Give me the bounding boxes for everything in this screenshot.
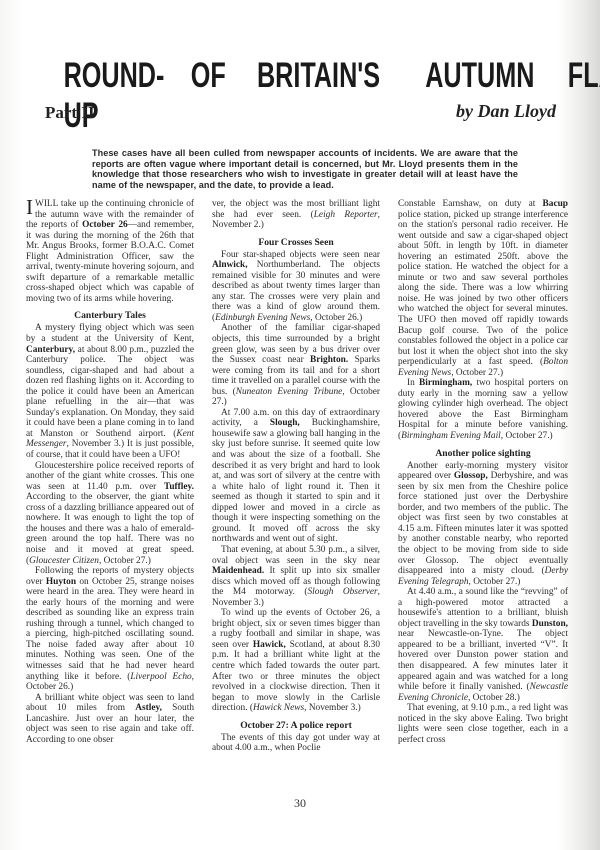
paragraph: Gloucestershire police received re­ports…	[26, 461, 194, 566]
paragraph: That evening, at 9.10 p.m., a red light …	[398, 703, 568, 745]
column-2: ver, the object was the most brilliant l…	[212, 199, 380, 754]
source-citation: Edinburgh Evening News	[215, 313, 310, 323]
title-word: FLAP	[568, 56, 600, 136]
paragraph: Following the reports of mystery objects…	[26, 566, 194, 693]
paragraph: To wind up the events of October 26, a b…	[212, 608, 380, 713]
title-word: AUTUMN	[425, 56, 534, 136]
magazine-page: ROUND-UP OF BRITAIN'S AUTUMN FLAP Part I…	[0, 0, 600, 850]
source-citation: Leigh Reporter	[314, 210, 378, 220]
source-citation: Gloucester Citizen	[29, 556, 99, 566]
paragraph: The events of this day got under way at …	[212, 733, 380, 754]
section-heading: Canterbury Tales	[26, 310, 194, 321]
source-citation: Nuneaton Evening Tribune	[236, 387, 343, 397]
paragraph: That evening, at about 5.30 p.m., a silv…	[212, 545, 380, 608]
paragraph: In Birmingham, two hospital porters on d…	[398, 378, 568, 441]
paragraph: Four star-shaped objects were seen near …	[212, 250, 380, 324]
part-label: Part II	[45, 103, 95, 123]
paragraph: ver, the object was the most brilliant l…	[212, 199, 380, 231]
byline: by Dan Lloyd	[456, 101, 556, 122]
drop-cap: I	[26, 199, 33, 216]
paragraph: At 4.40 a.m., a sound like the “revving”…	[398, 587, 568, 703]
source-citation: Birmingham Evening Mail	[401, 431, 501, 441]
title-word: ROUND-UP	[64, 56, 165, 136]
page-number: 30	[0, 796, 600, 811]
section-heading: Four Crosses Seen	[212, 237, 380, 248]
paragraph: I WILL take up the continuing chronicle …	[26, 199, 194, 304]
paragraph: Constable Earnshaw, on duty at Bacup pol…	[398, 199, 568, 378]
paragraph: Another early-morning mystery visi­tor a…	[398, 461, 568, 588]
section-heading: October 27: A police report	[212, 720, 380, 731]
article-title: ROUND-UP OF BRITAIN'S AUTUMN FLAP	[44, 56, 556, 98]
section-heading: Another police sighting	[398, 448, 568, 459]
paragraph: A mystery flying object which was seen b…	[26, 323, 194, 460]
source-citation: Slough Observer	[307, 587, 377, 597]
intro-standfirst: These cases have all been culled from ne…	[92, 148, 518, 190]
title-word: BRITAIN'S	[257, 56, 380, 136]
title-word: OF	[191, 56, 226, 136]
column-1: I WILL take up the continuing chronicle …	[26, 199, 194, 745]
paragraph: A brilliant white object was seen to lan…	[26, 693, 194, 746]
column-3: Constable Earnshaw, on duty at Bacup pol…	[398, 199, 568, 745]
paragraph: Another of the familiar cigar-shaped obj…	[212, 323, 380, 407]
paragraph: At 7.00 a.m. on this day of extra­ordina…	[212, 408, 380, 545]
source-citation: Liverpool Echo	[130, 672, 191, 682]
source-citation: Hawick News	[253, 703, 304, 713]
